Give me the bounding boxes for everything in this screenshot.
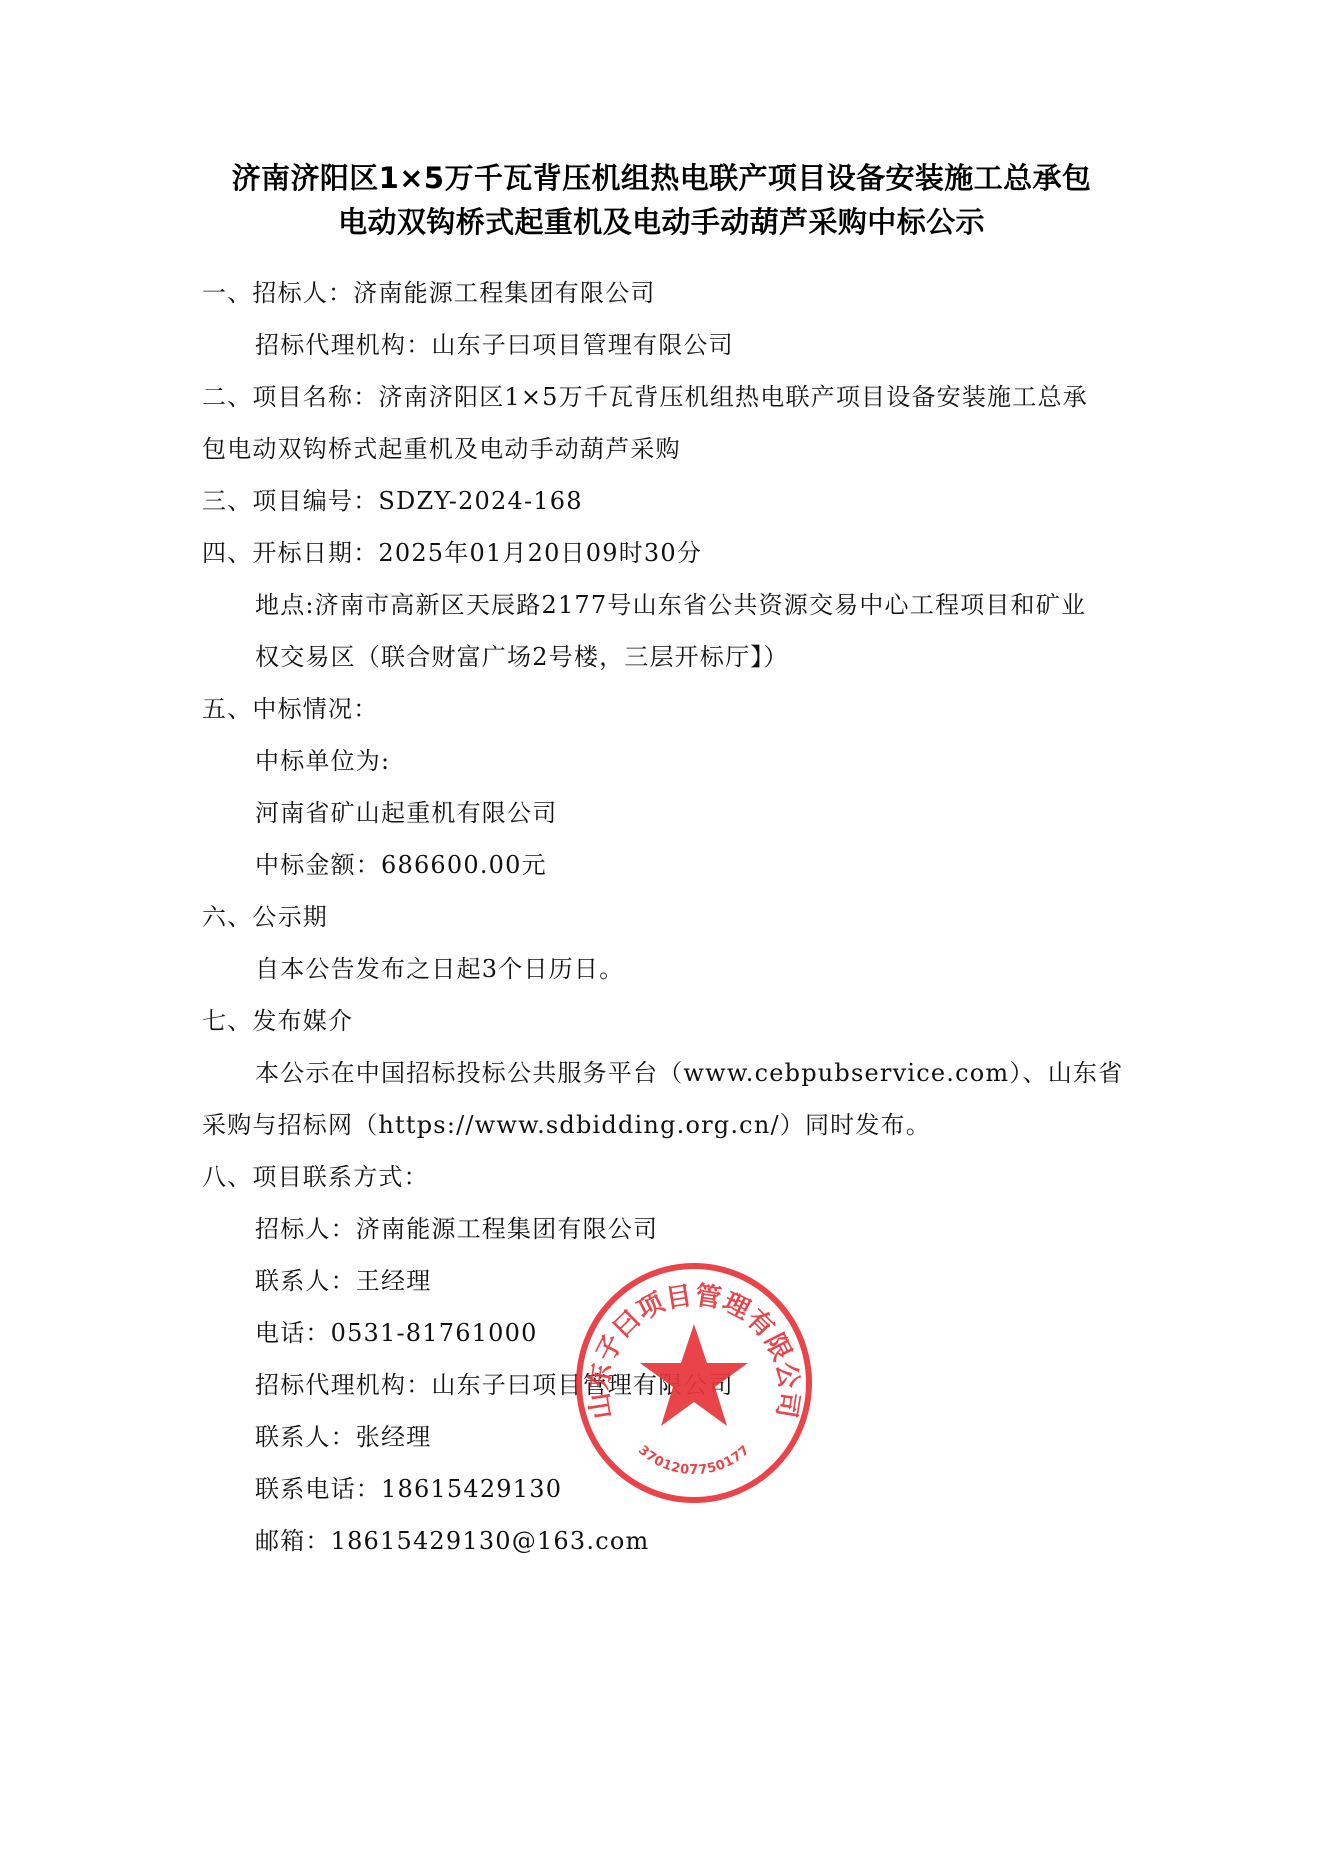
location-line: 地点:济南市高新区天辰路2177号山东省公共资源交易中心工程项目和矿业: [255, 579, 1086, 631]
contact-email-line: 邮箱：18615429130@163.com: [255, 1515, 649, 1567]
project-name-continued-line: 包电动双钩桥式起重机及电动手动葫芦采购: [202, 423, 681, 475]
company-seal-stamp: 山东子曰项目管理有限公司 3701207750177: [574, 1262, 814, 1504]
contact-phone-2-line: 联系电话：18615429130: [255, 1463, 562, 1515]
document-title-line2: 电动双钩桥式起重机及电动手动葫芦采购中标公示: [0, 200, 1323, 244]
publicity-period-heading: 六、公示期: [202, 891, 328, 943]
contact-heading: 八、项目联系方式：: [202, 1151, 429, 1203]
award-section-heading: 五、中标情况：: [202, 683, 378, 735]
location-continued-line: 权交易区（联合财富广场2号楼，三层开标厅】）: [255, 631, 789, 683]
publicity-period-line: 自本公告发布之日起3个日历日。: [255, 943, 624, 995]
bid-opening-date-line: 四、开标日期：2025年01月20日09时30分: [202, 527, 702, 579]
media-continued-line: 采购与招标网（https://www.sdbidding.org.cn/）同时发…: [202, 1099, 931, 1151]
winning-bidder-name: 河南省矿山起重机有限公司: [255, 787, 557, 839]
project-number-line: 三、项目编号：SDZY-2024-168: [202, 475, 583, 527]
media-line: 本公示在中国招标投标公共服务平台（www.cebpubservice.com）、…: [255, 1047, 1123, 1099]
winning-amount-line: 中标金额：686600.00元: [255, 839, 547, 891]
star-icon: [640, 1324, 748, 1426]
agency-line: 招标代理机构：山东子曰项目管理有限公司: [255, 319, 734, 371]
contact-phone-1-line: 电话：0531-81761000: [255, 1307, 538, 1359]
tenderer-line: 一、招标人：济南能源工程集团有限公司: [202, 267, 656, 319]
document-title-line1: 济南济阳区1×5万千瓦背压机组热电联产项目设备安装施工总承包: [0, 156, 1323, 200]
contact-person-2-line: 联系人：张经理: [255, 1411, 431, 1463]
media-heading: 七、发布媒介: [202, 995, 353, 1047]
seal-code-text: 3701207750177: [635, 1443, 753, 1478]
winning-bidder-label: 中标单位为:: [255, 735, 390, 787]
contact-tenderer-line: 招标人：济南能源工程集团有限公司: [255, 1203, 658, 1255]
project-name-line: 二、项目名称：济南济阳区1×5万千瓦背压机组热电联产项目设备安装施工总承: [202, 371, 1088, 423]
svg-text:3701207750177: 3701207750177: [635, 1443, 753, 1478]
contact-person-1-line: 联系人：王经理: [255, 1255, 431, 1307]
document-page: 济南济阳区1×5万千瓦背压机组热电联产项目设备安装施工总承包 电动双钩桥式起重机…: [0, 0, 1323, 1871]
